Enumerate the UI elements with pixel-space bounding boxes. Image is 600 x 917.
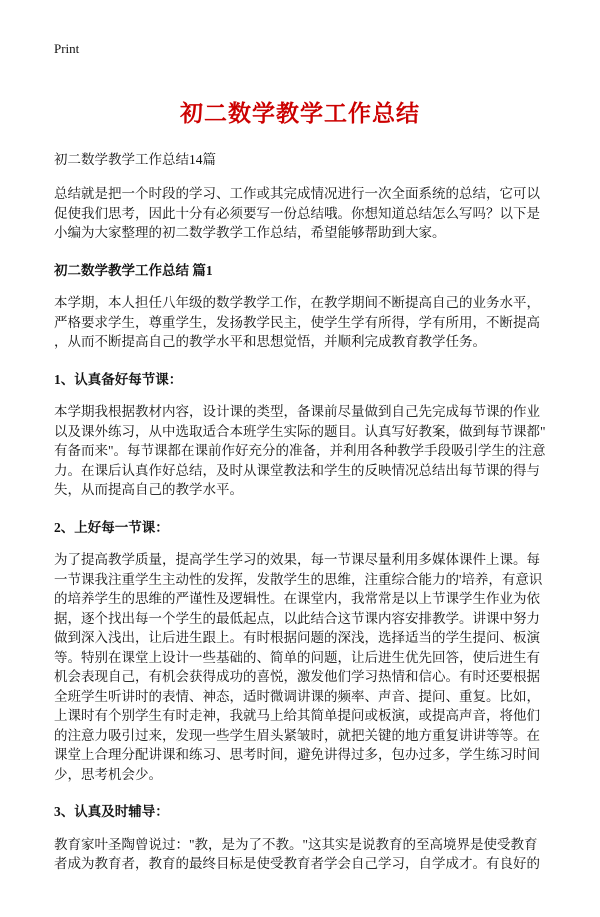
- article-subtitle: 初二数学教学工作总结14篇: [54, 148, 546, 168]
- section-heading-3-tutoring: 3、认真及时辅导：: [54, 802, 546, 822]
- page-title: 初二数学教学工作总结: [54, 95, 546, 128]
- part1-overview-paragraph: 本学期，本人担任八年级的数学教学工作，在教学期间不断提高自己的业务水平，严格要求…: [54, 293, 546, 352]
- section-heading-2-teach-well: 2、上好每一节课：: [54, 518, 546, 538]
- tutoring-paragraph: 教育家叶圣陶曾说过："教，是为了不教。"这其实是说教育的至高境界是使受教育者成为…: [54, 835, 546, 874]
- prepare-lessons-paragraph: 本学期我根据教材内容，设计课的类型，备课前尽量做到自己先完成每节课的作业以及课外…: [54, 402, 546, 500]
- document-page: Print 初二数学教学工作总结 初二数学教学工作总结14篇 总结就是把一个时段…: [0, 0, 600, 917]
- section-heading-part1: 初二数学教学工作总结 篇1: [54, 261, 546, 281]
- intro-paragraph: 总结就是把一个时段的学习、工作或其完成情况进行一次全面系统的总结，它可以促使我们…: [54, 184, 546, 243]
- print-button[interactable]: Print: [54, 41, 79, 57]
- section-heading-1-prepare-lessons: 1、认真备好每节课：: [54, 370, 546, 390]
- teach-well-paragraph: 为了提高教学质量，提高学生学习的效果，每一节课尽量利用多媒体课件上课。每一节课我…: [54, 550, 546, 784]
